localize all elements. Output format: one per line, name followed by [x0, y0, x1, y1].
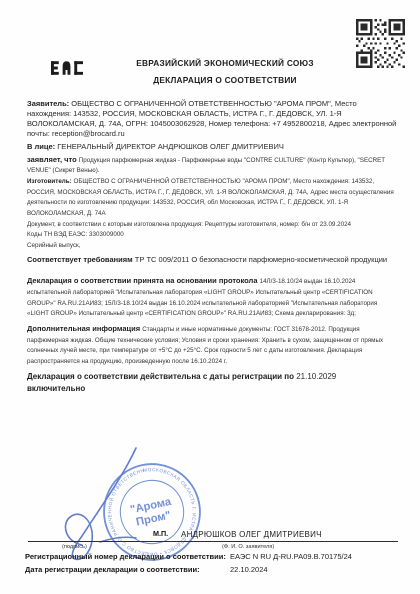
registration-number-value: ЕАЭС N RU Д-RU.РА09.В.70175/24: [230, 552, 418, 561]
document-header: ЕВРАЗИЙСКИЙ ЭКОНОМИЧЕСКИЙ СОЮЗ ДЕКЛАРАЦИ…: [90, 58, 360, 85]
compliance-text: ТР ТС 009/2011 О безопасности парфюмерно…: [135, 255, 387, 264]
registration-number-row: Регистрационный номер декларации о соотв…: [25, 552, 418, 561]
applicant-label: Заявитель:: [27, 99, 69, 108]
representative-label: В лице:: [27, 142, 55, 151]
additional-info-label: Дополнительная информация: [27, 324, 140, 333]
document-body: Заявитель: ОБЩЕСТВО С ОГРАНИЧЕННОЙ ОТВЕТ…: [27, 99, 398, 398]
manufacturer-label: Изготовитель:: [27, 178, 72, 185]
basis-label: Декларация о соответствии принята на осн…: [27, 276, 258, 285]
compliance-paragraph: Соответствует требованиям ТР ТС 009/2011…: [27, 255, 398, 265]
declares-label: заявляет, что: [27, 155, 77, 164]
signature-line: [28, 541, 398, 542]
manufacturer-text: ОБЩЕСТВО С ОГРАНИЧЕННОЙ ОТВЕТСТВЕННОСТЬЮ…: [27, 178, 394, 217]
registration-date-row: Дата регистрации декларации о соответств…: [25, 565, 418, 574]
svg-text:МОСКОВСКАЯ ОБЛАСТЬ Г. ИСТРА Г.: МОСКОВСКАЯ ОБЛАСТЬ Г. ИСТРА Г. ДЕДОВСК •…: [101, 461, 203, 563]
tnved-codes-line: Коды ТН ВЭД ЕАЭС: 3303009000: [27, 231, 124, 238]
name-caption: (Ф. И. О. заявителя): [222, 544, 274, 550]
compliance-label: Соответствует требованиям: [27, 255, 133, 264]
document-title: ДЕКЛАРАЦИЯ О СООТВЕТСТВИИ: [90, 75, 360, 85]
additional-info-paragraph: Дополнительная информация Стандарты и ин…: [27, 324, 398, 367]
applicant-text: ОБЩЕСТВО С ОГРАНИЧЕННОЙ ОТВЕТСТВЕННОСТЬЮ…: [27, 99, 396, 138]
signature-caption: (подпись): [62, 544, 87, 550]
manufacturing-document-line: Документ, в соответствии с которым изгот…: [27, 221, 351, 228]
validity-label: Декларация о соответствии действительна …: [27, 372, 294, 381]
declaration-document: ЕВРАЗИЙСКИЙ ЭКОНОМИЧЕСКИЙ СОЮЗ ДЕКЛАРАЦИ…: [0, 0, 420, 594]
registration-number-label: Регистрационный номер декларации о соотв…: [25, 552, 230, 561]
declaration-paragraph: заявляет, что Продукция парфюмерная жидк…: [27, 155, 398, 251]
representative-text: ГЕНЕРАЛЬНЫЙ ДИРЕКТОР АНДРЮШКОВ ОЛЕГ ДМИТ…: [57, 142, 284, 151]
basis-paragraph: Декларация о соответствии принята на осн…: [27, 276, 398, 319]
product-description: Продукция парфюмерная жидкая - Парфюмерн…: [27, 157, 385, 175]
batch-type-line: Серийный выпуск,: [27, 242, 80, 249]
validity-paragraph: Декларация о соответствии действительна …: [27, 371, 398, 394]
company-round-stamp: МОСКОВСКАЯ ОБЛАСТЬ Г. ИСТРА Г. ДЕДОВСК •…: [101, 461, 203, 563]
declarant-name: АНДРЮШКОВ ОЛЕГ ДМИТРИЕВИЧ: [181, 530, 322, 539]
stamp-place-label: М.П.: [153, 529, 168, 538]
applicant-paragraph: Заявитель: ОБЩЕСТВО С ОГРАНИЧЕННОЙ ОТВЕТ…: [27, 99, 398, 139]
registration-footer: Регистрационный номер декларации о соотв…: [25, 552, 418, 579]
validity-suffix: включительно: [27, 384, 85, 393]
representative-paragraph: В лице: ГЕНЕРАЛЬНЫЙ ДИРЕКТОР АНДРЮШКОВ О…: [27, 142, 398, 152]
eac-logo-icon: [51, 54, 83, 82]
qr-code-icon: [356, 19, 405, 68]
validity-date: 21.10.2029: [296, 372, 336, 381]
registration-date-label: Дата регистрации декларации о соответств…: [25, 565, 230, 574]
union-name: ЕВРАЗИЙСКИЙ ЭКОНОМИЧЕСКИЙ СОЮЗ: [90, 58, 360, 68]
registration-date-value: 22.10.2024: [230, 565, 418, 574]
stamp-ring-text: МОСКОВСКАЯ ОБЛАСТЬ Г. ИСТРА Г. ДЕДОВСК •…: [101, 461, 203, 563]
